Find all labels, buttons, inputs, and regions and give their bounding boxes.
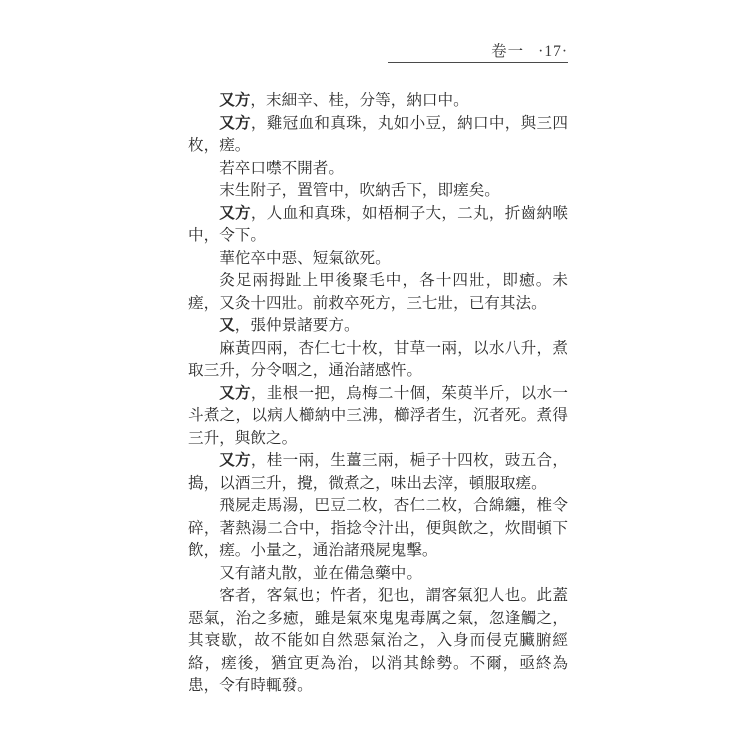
paragraph: 灸足兩拇趾上甲後聚毛中，各十四壯，即癒。未瘥，又灸十四壯。前救卒死方，三七壯，已… bbox=[188, 270, 568, 315]
paragraph: 又，張仲景諸要方。 bbox=[188, 315, 568, 338]
running-header: 卷一·17· bbox=[388, 39, 568, 61]
chapter-title: 卷一 bbox=[491, 43, 524, 60]
paragraph: 華佗卒中惡、短氣欲死。 bbox=[188, 248, 568, 271]
paragraph-text: ，張仲景諸要方。 bbox=[235, 317, 360, 334]
paragraph: 又方，末細辛、桂，分等，納口中。 bbox=[188, 90, 568, 113]
book-page: 卷一·17· 又方，末細辛、桂，分等，納口中。 又方，雞冠血和真珠，丸如小豆，納… bbox=[0, 0, 750, 750]
paragraph-text: 又有諸丸散，並在備急藥中。 bbox=[219, 565, 422, 582]
paragraph: 末生附子，置管中，吹納舌下，即瘥矣。 bbox=[188, 180, 568, 203]
paragraph-text: 客者，客氣也；忤者，犯也，謂客氣犯人也。此蓋惡氣，治之多癒，雖是氣來鬼鬼毒厲之氣… bbox=[188, 587, 568, 694]
paragraph: 麻黃四兩，杏仁七十枚，甘草一兩，以水八升，煮取三升，分令咽之，通治諸感忤。 bbox=[188, 338, 568, 383]
paragraph-text: 飛屍走馬湯，巴豆二枚，杏仁二枚，合綿纏，椎令碎，著熱湯二合中，指捻令汁出，便與飲… bbox=[188, 497, 568, 559]
paragraph-text: ，末細辛、桂，分等，納口中。 bbox=[250, 92, 468, 109]
paragraph: 又有諸丸散，並在備急藥中。 bbox=[188, 563, 568, 586]
paragraph: 又方，人血和真珠，如梧桐子大，二丸，折齒納喉中，令下。 bbox=[188, 203, 568, 248]
paragraph: 若卒口噤不開者。 bbox=[188, 158, 568, 181]
paragraph: 客者，客氣也；忤者，犯也，謂客氣犯人也。此蓋惡氣，治之多癒，雖是氣來鬼鬼毒厲之氣… bbox=[188, 585, 568, 698]
paragraph-text: 若卒口噤不開者。 bbox=[219, 160, 344, 177]
body-text: 又方，末細辛、桂，分等，納口中。 又方，雞冠血和真珠，丸如小豆，納口中，與三四枚… bbox=[188, 90, 568, 698]
paragraph: 又方，韭根一把，烏梅二十個，茱萸半斤，以水一斗煮之，以病人櫛納中三沸，櫛浮者生，… bbox=[188, 383, 568, 451]
paragraph: 又方，雞冠血和真珠，丸如小豆，納口中，與三四枚，瘥。 bbox=[188, 113, 568, 158]
paragraph-lead: 又 bbox=[219, 317, 235, 334]
paragraph-text: 華佗卒中惡、短氣欲死。 bbox=[219, 250, 391, 267]
paragraph-text: 麻黃四兩，杏仁七十枚，甘草一兩，以水八升，煮取三升，分令咽之，通治諸感忤。 bbox=[188, 340, 568, 380]
paragraph-lead: 又方 bbox=[219, 385, 251, 402]
page-number: ·17· bbox=[538, 43, 568, 60]
paragraph-lead: 又方 bbox=[219, 205, 251, 222]
paragraph: 飛屍走馬湯，巴豆二枚，杏仁二枚，合綿纏，椎令碎，著熱湯二合中，指捻令汁出，便與飲… bbox=[188, 495, 568, 563]
paragraph-text: 末生附子，置管中，吹納舌下，即瘥矣。 bbox=[219, 182, 500, 199]
paragraph-lead: 又方 bbox=[219, 452, 251, 469]
paragraph: 又方，桂一兩，生薑三兩，梔子十四枚，豉五合，搗，以酒三升，攪，微煮之，味出去滓，… bbox=[188, 450, 568, 495]
paragraph-lead: 又方 bbox=[219, 92, 250, 109]
header-rule bbox=[388, 62, 568, 63]
paragraph-text: 灸足兩拇趾上甲後聚毛中，各十四壯，即癒。未瘥，又灸十四壯。前救卒死方，三七壯，已… bbox=[188, 272, 568, 312]
paragraph-lead: 又方 bbox=[219, 115, 251, 132]
